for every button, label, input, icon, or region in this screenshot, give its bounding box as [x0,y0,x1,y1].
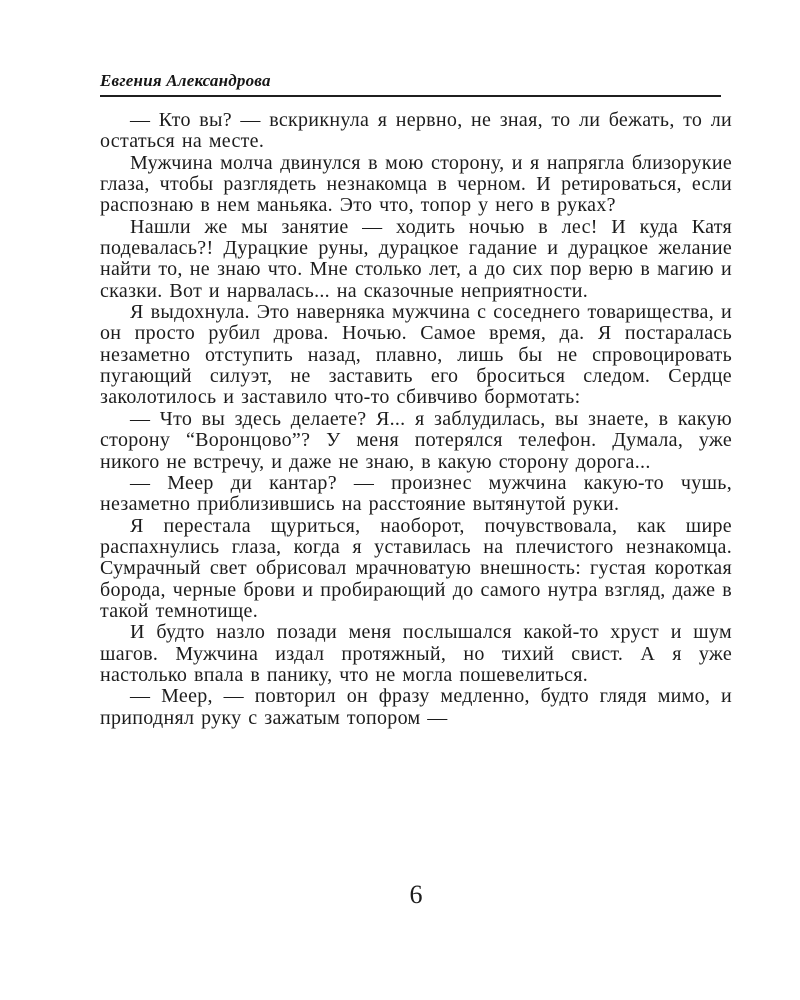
page-number: 6 [100,880,732,910]
paragraph: Нашли же мы занятие — ходить ночью в лес… [100,217,732,302]
header-rule [100,95,721,97]
paragraph: — Что вы здесь делаете? Я... я заблудила… [100,409,732,473]
paragraph: И будто назло позади меня послышался как… [100,622,732,686]
paragraph: Я выдохнула. Это наверняка мужчина с сос… [100,302,732,409]
paragraph: Мужчина молча двинулся в мою сторону, и … [100,153,732,217]
body-text: — Кто вы? — вскрикнула я нервно, не зная… [100,110,732,729]
paragraph: Я перестала щуриться, наоборот, почувств… [100,516,732,623]
author-name: Евгения Александрова [100,71,721,91]
book-page: Евгения Александрова — Кто вы? — вскрикн… [0,0,800,1000]
paragraph: — Меер, — повторил он фразу медленно, бу… [100,686,732,729]
running-head: Евгения Александрова [100,71,721,97]
paragraph: — Кто вы? — вскрикнула я нервно, не зная… [100,110,732,153]
paragraph: — Меер ди кантар? — произнес мужчина как… [100,473,732,516]
page-footer: 6 [100,880,732,910]
